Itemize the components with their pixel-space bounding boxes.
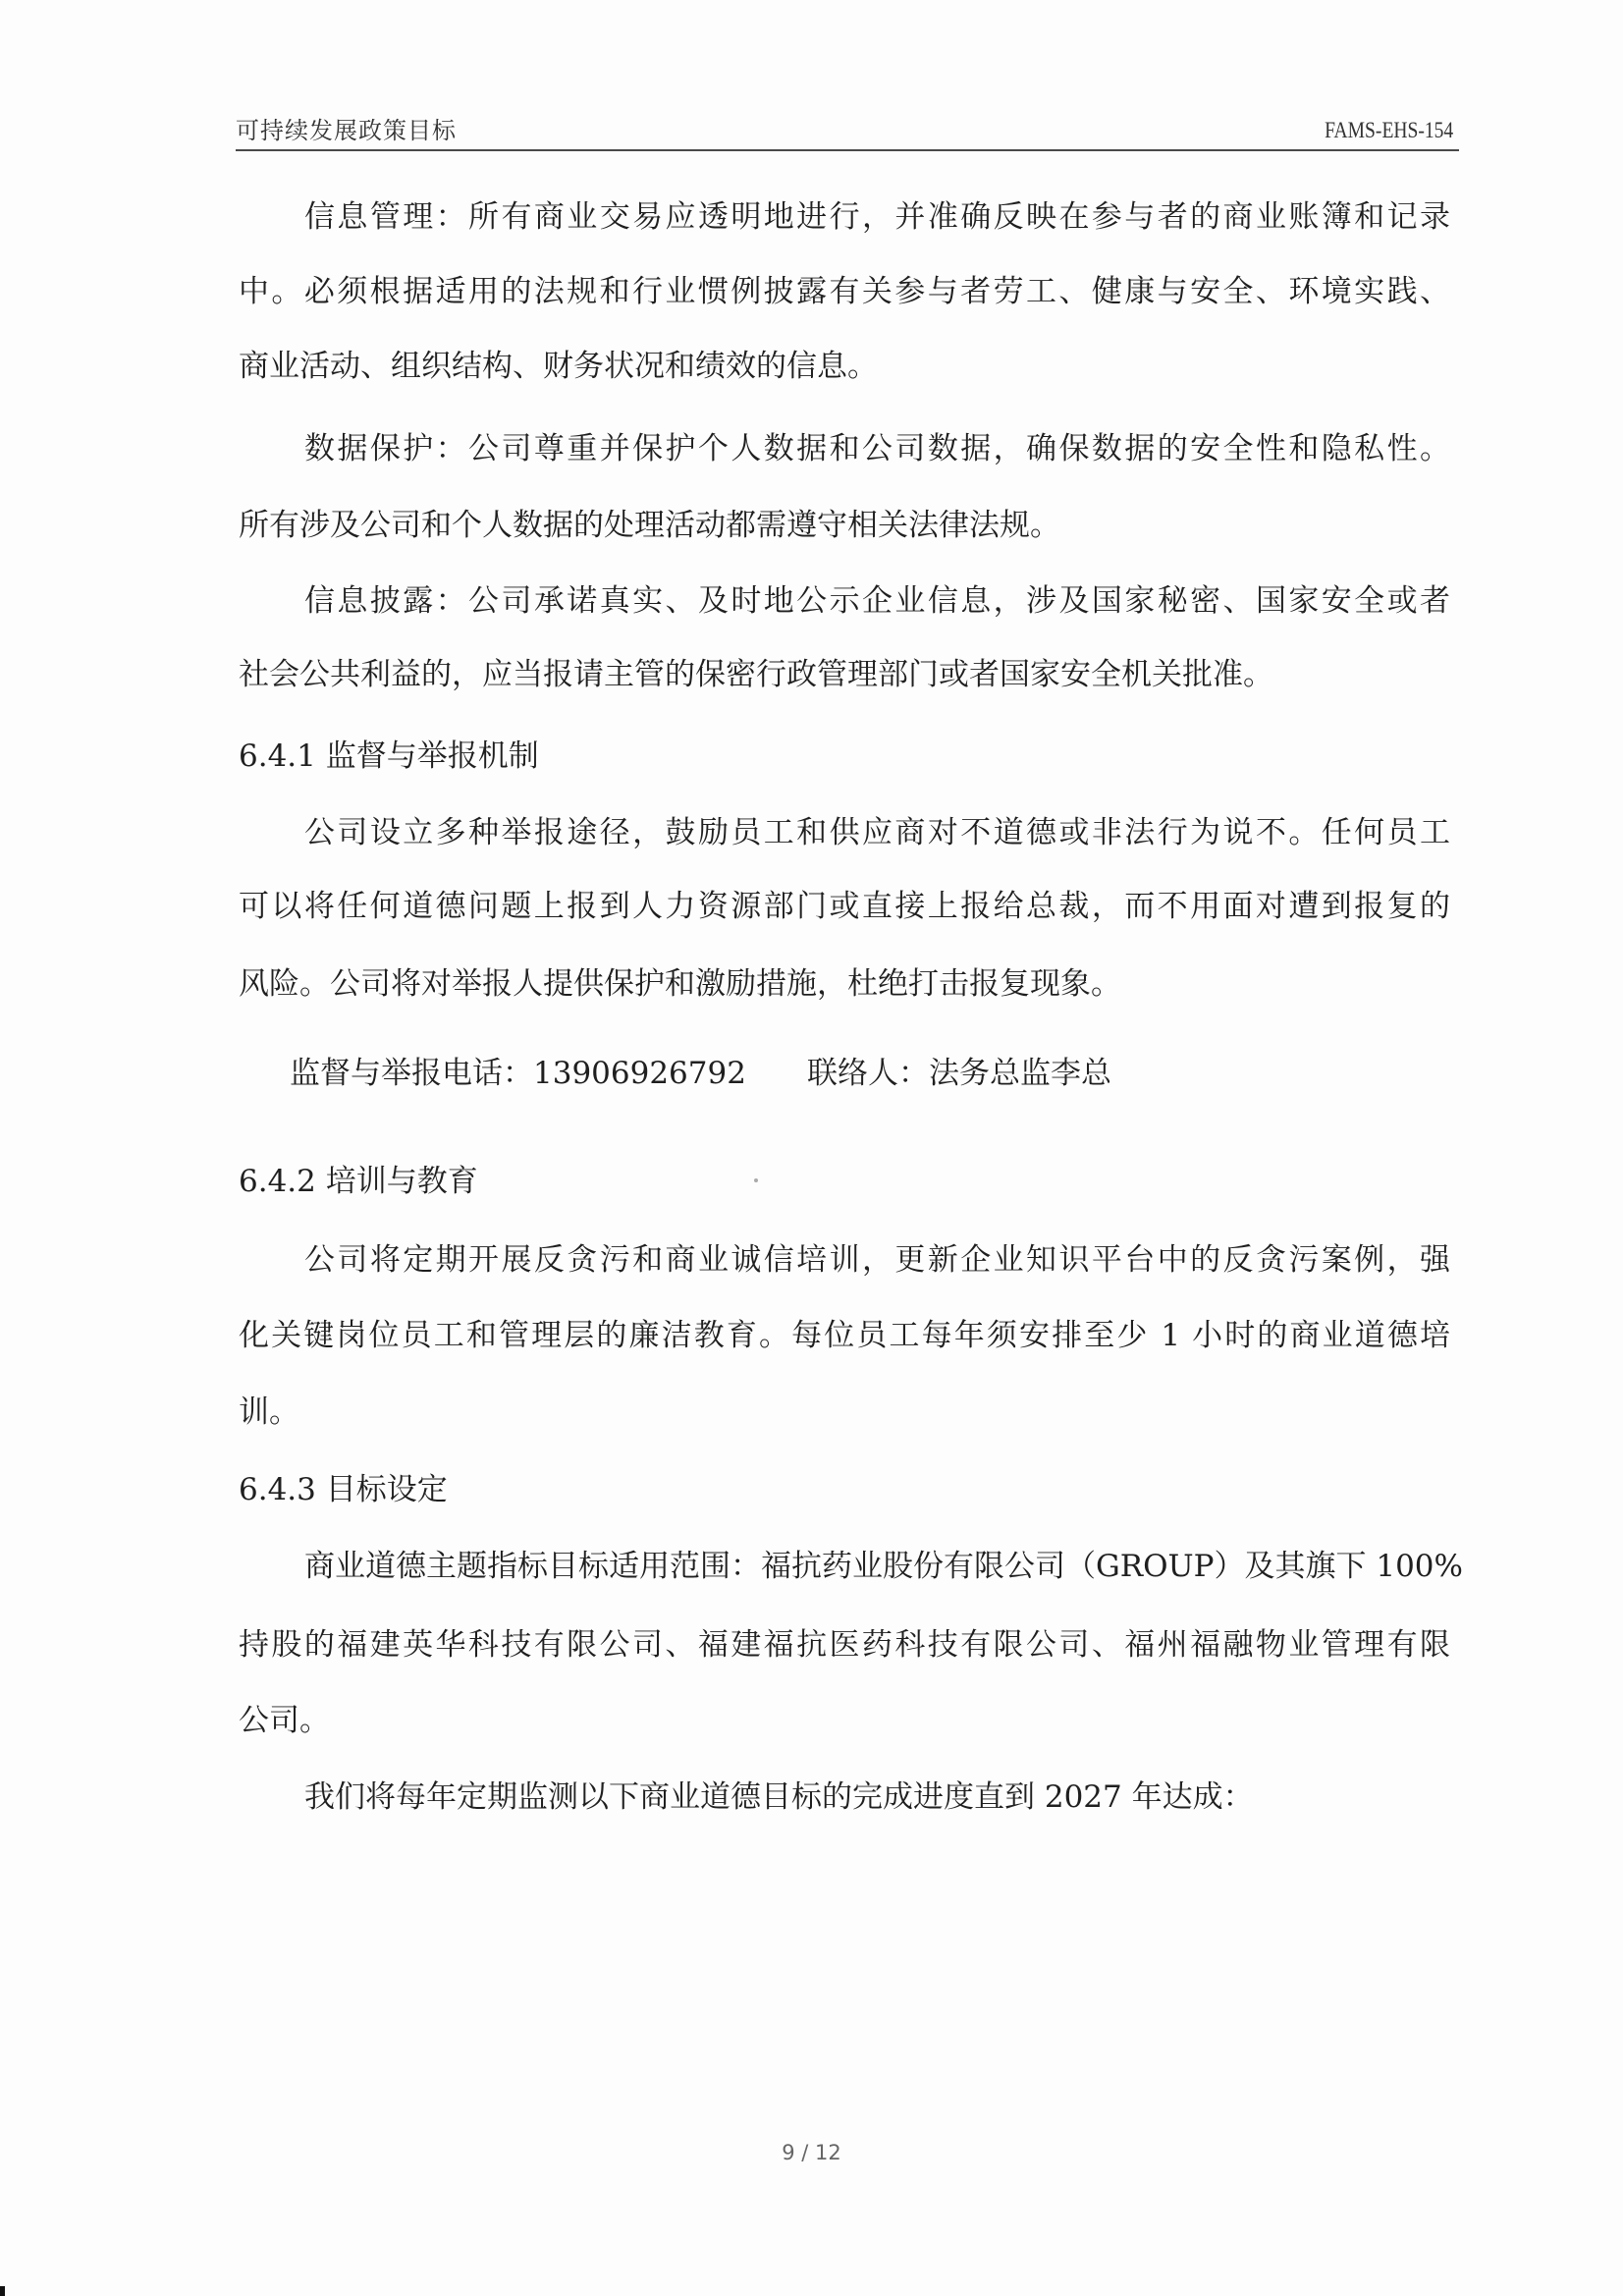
paragraph-line: 社会公共利益的，应当报请主管的保密行政管理部门或者国家安全机关批准。 [239,655,1450,694]
page-number: 9 / 12 [0,2141,1623,2164]
paragraph-line: 公司设立多种举报途径，鼓励员工和供应商对不道德或非法行为说不。任何员工 [304,813,1450,852]
section-heading-6-4-2: 6.4.2 培训与教育 [239,1162,1450,1201]
scan-speck [754,1178,758,1182]
paragraph-line: 我们将每年定期监测以下商业道德目标的完成进度直到 2027 年达成： [304,1777,1450,1817]
paragraph-line: 风险。公司将对举报人提供保护和激励措施，杜绝打击报复现象。 [239,964,1450,1004]
header-divider [236,149,1459,151]
phone-number: 13906926792 [533,1056,746,1091]
paragraph-line: 信息披露：公司承诺真实、及时地公示企业信息，涉及国家秘密、国家安全或者 [304,581,1450,621]
contact-person-label: 联络人： [807,1056,929,1091]
section-heading-6-4-3: 6.4.3 目标设定 [239,1470,1450,1509]
paragraph-line: 公司。 [239,1701,1450,1740]
paragraph-line: 训。 [239,1393,1450,1432]
section-heading-6-4-1: 6.4.1 监督与举报机制 [239,737,1450,776]
paragraph-line: 可以将任何道德问题上报到人力资源部门或直接上报给总裁，而不用面对遭到报复的 [239,887,1450,926]
phone-label: 监督与举报电话： [290,1056,533,1091]
scan-corner-mark [0,2286,5,2296]
paragraph-line: 持股的福建英华科技有限公司、福建福抗医药科技有限公司、福州福融物业管理有限 [239,1625,1450,1665]
document-page: 可持续发展政策目标 FAMS-EHS-154 信息管理：所有商业交易应透明地进行… [0,0,1623,2296]
paragraph-line: 数据保护：公司尊重并保护个人数据和公司数据，确保数据的安全性和隐私性。 [304,429,1450,468]
paragraph-line: 商业活动、组织结构、财务状况和绩效的信息。 [239,347,1450,386]
paragraph-line: 所有涉及公司和个人数据的处理活动都需遵守相关法律法规。 [239,506,1450,545]
contact-person: 法务总监李总 [929,1056,1111,1091]
header-title: 可持续发展政策目标 [236,116,457,145]
header-doc-code: FAMS-EHS-154 [1325,116,1453,145]
paragraph-line: 公司将定期开展反贪污和商业诚信培训，更新企业知识平台中的反贪污案例，强 [304,1240,1450,1280]
paragraph-line: 化关键岗位员工和管理层的廉洁教育。每位员工每年须安排至少 1 小时的商业道德培 [239,1316,1450,1355]
contact-line: 监督与举报电话：13906926792联络人：法务总监李总 [290,1054,1111,1093]
paragraph-line: 商业道德主题指标目标适用范围：福抗药业股份有限公司（GROUP）及其旗下 100… [304,1547,1450,1586]
paragraph-line: 中。必须根据适用的法规和行业惯例披露有关参与者劳工、健康与安全、环境实践、 [239,272,1450,311]
paragraph-line: 信息管理：所有商业交易应透明地进行，并准确反映在参与者的商业账簿和记录 [304,197,1450,237]
